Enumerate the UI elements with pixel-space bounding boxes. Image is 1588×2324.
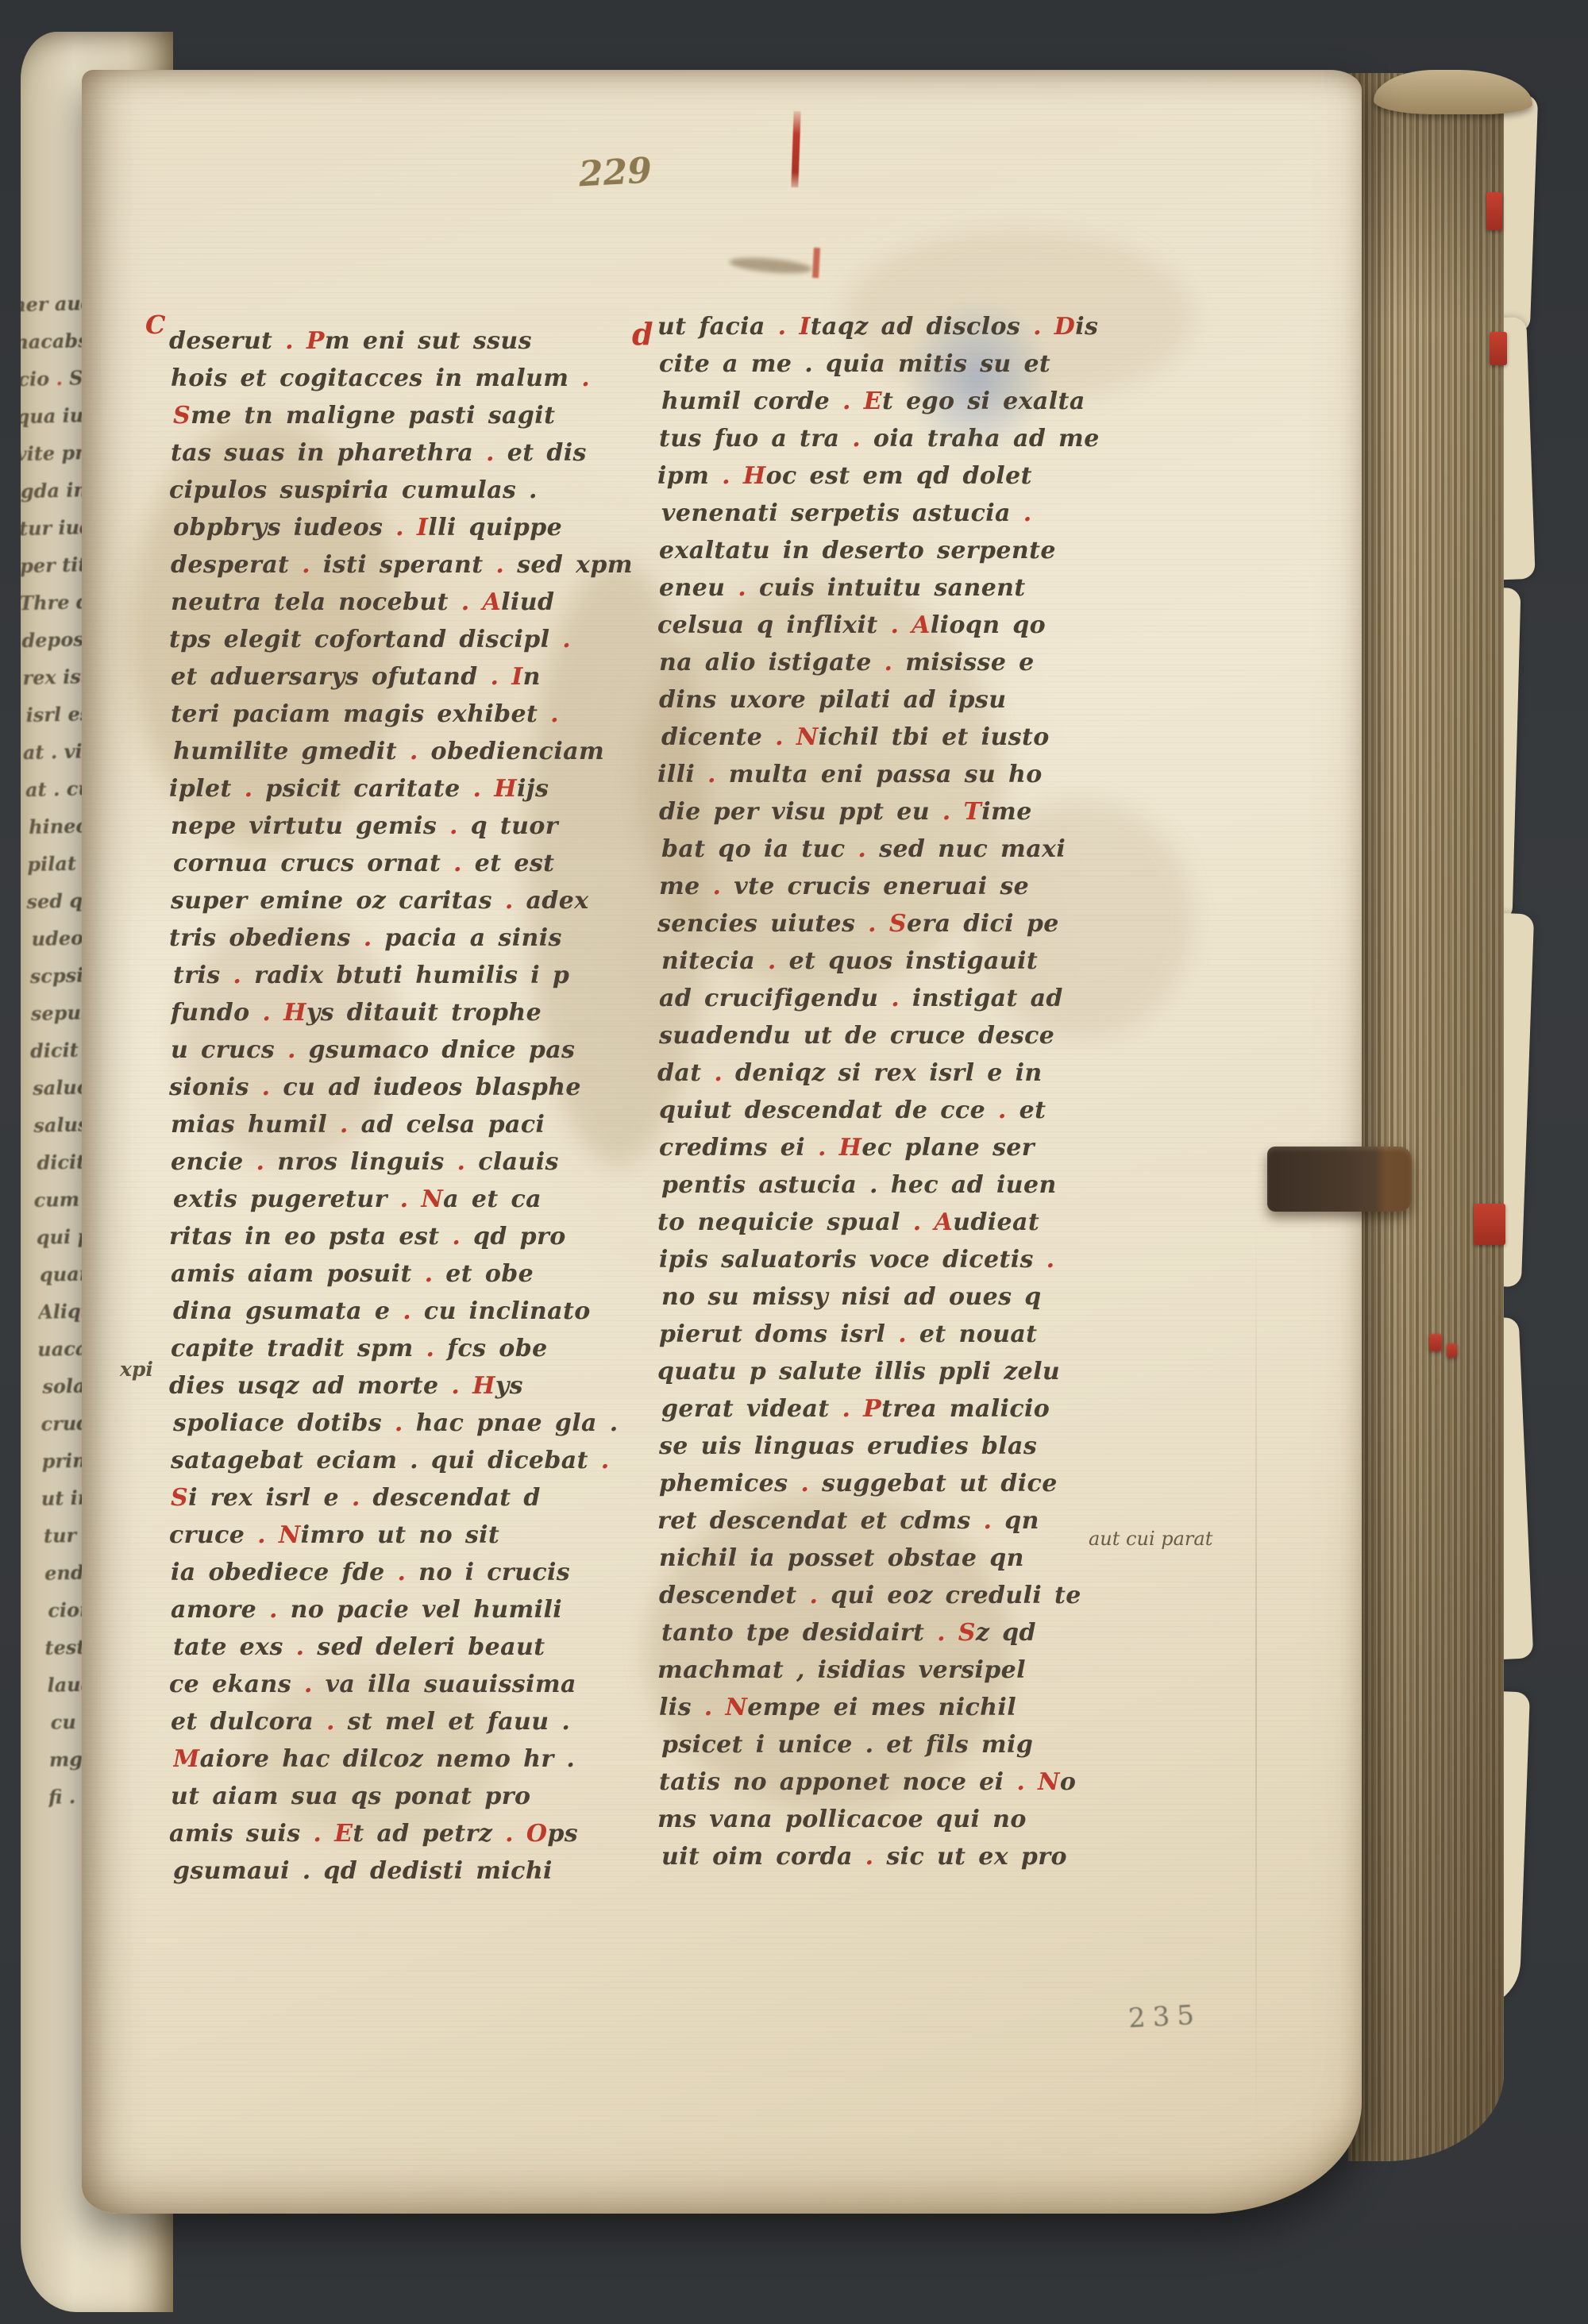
manuscript-line: gerat videat . Ptrea malicio xyxy=(661,1390,1135,1428)
rubric-highlight: . xyxy=(858,835,866,863)
rubric-paragraph-mark-left: C xyxy=(145,310,165,340)
manuscript-line: ret descendat et cdms . qn xyxy=(657,1502,1131,1540)
rubric-highlight: S xyxy=(173,402,191,430)
rubric-highlight: N xyxy=(725,1694,747,1721)
rubric-highlight: . xyxy=(550,700,559,728)
rubric-highlight: . xyxy=(451,1372,460,1400)
red-bookmark-tab xyxy=(1490,332,1507,365)
manuscript-line: illi . multa eni passa su ho xyxy=(657,756,1131,793)
rubric-highlight: . xyxy=(364,924,372,952)
rubric-highlight: . xyxy=(302,551,310,579)
rubric-highlight: P xyxy=(306,327,325,355)
rubric-highlight: . xyxy=(425,1260,434,1288)
rubric-highlight: I xyxy=(799,313,810,341)
rubric-highlight: S xyxy=(889,910,907,938)
rubric-highlight: . xyxy=(395,514,404,541)
ink-smear xyxy=(728,255,812,276)
leather-fore-edge-tab xyxy=(1267,1147,1412,1212)
rubric-stroke xyxy=(791,111,800,187)
manuscript-line: tris obediens . pacia a sinis xyxy=(169,919,631,957)
manuscript-line: tate exs . sed deleri beaut xyxy=(173,1628,635,1666)
rubric-highlight: A xyxy=(482,588,501,616)
rubric-highlight: . xyxy=(712,873,721,900)
manuscript-line: et aduersarys ofutand . In xyxy=(171,658,633,696)
rubric-highlight: . xyxy=(257,1521,266,1549)
rubric-highlight: . xyxy=(490,663,499,691)
rubric-highlight: P xyxy=(863,1395,881,1423)
rubric-highlight: . xyxy=(505,887,514,915)
rubric-highlight: . xyxy=(400,1185,409,1213)
manuscript-line: cruce . Nimro ut no sit xyxy=(169,1517,631,1554)
manuscript-line: venenati serpetis astucia . xyxy=(661,495,1135,532)
rubric-highlight: . xyxy=(352,1484,360,1512)
manuscript-line: super emine oz caritas . adex xyxy=(171,882,633,919)
rubric-highlight: . xyxy=(486,439,495,467)
manuscript-line: quiut descendat de cce . et xyxy=(659,1092,1132,1129)
rubric-highlight: A xyxy=(912,611,931,639)
manuscript-line: cipulos suspiria cumulas . xyxy=(169,472,631,509)
stamp-page-number: 235 xyxy=(1127,1999,1202,2035)
manuscript-line: dicente . Nichil tbi et iusto xyxy=(661,719,1135,756)
rubric-highlight: S xyxy=(171,1484,188,1512)
rubric-highlight: M xyxy=(173,1745,200,1773)
rubric-highlight: . xyxy=(898,1320,907,1348)
rubric-highlight: T xyxy=(964,798,982,826)
left-text-column: deserut . Pm eni sut ssushois et cogitac… xyxy=(171,322,633,1890)
manuscript-line: dina gsumata e . cu inclinato xyxy=(173,1293,635,1330)
manuscript-line: amis suis . Et ad petrz . Ops xyxy=(169,1815,631,1852)
rubric-highlight: . xyxy=(842,387,851,415)
rubric-highlight: . xyxy=(998,1096,1007,1124)
rubric-highlight: . xyxy=(768,947,777,975)
rubric-highlight: . xyxy=(1016,1768,1025,1796)
manuscript-line: suadendu ut de cruce desce xyxy=(659,1017,1132,1054)
manuscript-line: extis pugeretur . Na et ca xyxy=(173,1181,635,1218)
manuscript-line: fundo . Hys ditauit trophe xyxy=(171,994,633,1031)
manuscript-line: pentis astucia . hec ad iuen xyxy=(661,1166,1135,1204)
manuscript-line: u crucs . gsumaco dnice pas xyxy=(171,1031,633,1069)
folio-number-handwritten: 229 xyxy=(578,151,653,195)
red-bookmark-tab xyxy=(1447,1343,1457,1358)
curled-page-corner xyxy=(1374,70,1532,114)
rubric-highlight: . xyxy=(865,1843,874,1871)
manuscript-line: hois et cogitacces in malum . xyxy=(171,360,633,397)
rubric-highlight: N xyxy=(796,723,819,751)
manuscript-line: descendet . qui eoz creduli te xyxy=(659,1577,1132,1614)
rubric-highlight: . xyxy=(313,1820,322,1848)
rubric-highlight: . xyxy=(601,1447,610,1474)
manuscript-line: cornua crucs ornat . et est xyxy=(173,845,635,882)
rubric-highlight: . xyxy=(937,1619,946,1647)
manuscript-line: ipm . Hoc est em qd dolet xyxy=(657,457,1131,495)
rubric-highlight: . xyxy=(304,1671,313,1698)
rubric-highlight: . xyxy=(890,611,899,639)
manuscript-line: amore . no pacie vel humili xyxy=(171,1591,633,1628)
manuscript-line: bat qo ia tuc . sed nuc maxi xyxy=(661,831,1135,868)
manuscript-line: ut aiam sua qs ponat pro xyxy=(171,1778,633,1815)
manuscript-line: die per visu ppt eu . Time xyxy=(659,793,1132,831)
manuscript-line: lis . Nempe ei mes nichil xyxy=(659,1689,1132,1726)
manuscript-line: gsumaui . qd dedisti michi xyxy=(173,1852,635,1890)
rubric-highlight: . xyxy=(473,775,482,803)
rubric-highlight: . xyxy=(704,1694,713,1721)
rubric-highlight: . xyxy=(913,1208,922,1236)
rubric-highlight: . xyxy=(891,985,900,1012)
rubric-highlight: . xyxy=(842,1395,850,1423)
manuscript-line: spoliace dotibs . hac pnae gla . xyxy=(173,1405,635,1442)
rubric-highlight: D xyxy=(1054,313,1075,341)
rubric-highlight: . xyxy=(800,1470,809,1497)
manuscript-line: Maiore hac dilcoz nemo hr . xyxy=(173,1740,635,1778)
red-bookmark-tab xyxy=(1486,192,1502,230)
marginal-note-xpi: xpi xyxy=(120,1358,153,1381)
manuscript-line: to nequicie spual . Audieat xyxy=(657,1204,1131,1241)
right-text-column: ut facia . Itaqz ad disclos . Discite a … xyxy=(659,308,1132,1875)
rubric-highlight: . xyxy=(942,798,951,826)
rubric-highlight: . xyxy=(426,1335,435,1362)
rubric-highlight: A xyxy=(934,1208,953,1236)
rubric-highlight: . xyxy=(287,1036,296,1064)
rubric-highlight: . xyxy=(296,1633,305,1661)
rubric-highlight: . xyxy=(775,723,784,751)
manuscript-line: quatu p salute illis ppli zelu xyxy=(657,1353,1131,1390)
manuscript-line: teri paciam magis exhibet . xyxy=(171,696,633,733)
manuscript-line: me . vte crucis eneruai se xyxy=(659,868,1132,905)
rubric-highlight: . xyxy=(495,551,504,579)
manuscript-line: ut facia . Itaqz ad disclos . Dis xyxy=(657,308,1131,345)
rubric-highlight: H xyxy=(494,775,517,803)
manuscript-line: ipis saluatoris voce dicetis . xyxy=(659,1241,1132,1278)
manuscript-line: mias humil . ad celsa paci xyxy=(171,1106,633,1143)
parchment-crease xyxy=(1255,1221,1257,2134)
rubric-highlight: . xyxy=(868,910,877,938)
rubric-highlight: N xyxy=(1038,1768,1060,1796)
rubric-highlight: . xyxy=(818,1134,827,1162)
manuscript-line: Sme tn maligne pasti sagit xyxy=(173,397,635,434)
manuscript-line: na alio istigate . misisse e xyxy=(659,644,1132,681)
manuscript-line: deserut . Pm eni sut ssus xyxy=(169,322,631,360)
rubric-highlight: . xyxy=(457,1148,466,1176)
rubric-highlight: . xyxy=(1023,499,1032,527)
manuscript-line: ritas in eo psta est . qd pro xyxy=(169,1218,631,1255)
rubric-highlight: . xyxy=(245,775,253,803)
manuscript-line: humilite gmedit . obedienciam xyxy=(173,733,635,770)
rubric-highlight: . xyxy=(984,1507,992,1535)
rubric-highlight: . xyxy=(852,425,861,453)
rubric-highlight: O xyxy=(526,1820,548,1848)
manuscript-line: phemices . suggebat ut dice xyxy=(659,1465,1132,1502)
rubric-highlight: E xyxy=(864,387,882,415)
rubric-highlight: S xyxy=(958,1619,976,1647)
manuscript-line: dat . deniqz si rex isrl e in xyxy=(657,1054,1131,1092)
manuscript-line: no su missy nisi ad oues q xyxy=(661,1278,1135,1316)
rubric-highlight: . xyxy=(714,1059,723,1087)
manuscript-line: iplet . psicit caritate . Hijs xyxy=(169,770,631,807)
rubric-highlight: . xyxy=(410,738,418,765)
fore-edge-page-stack xyxy=(1348,73,1504,2161)
manuscript-line: ad crucifigendu . instigat ad xyxy=(659,980,1132,1017)
manuscript-line: cite a me . quia mitis su et xyxy=(659,345,1132,383)
rubric-highlight: . xyxy=(809,1582,818,1609)
manuscript-line: tus fuo a tra . oia traha ad me xyxy=(659,420,1132,457)
rubric-highlight: I xyxy=(417,514,428,541)
rubric-highlight: . xyxy=(395,1409,403,1437)
rubric-highlight: . xyxy=(452,1223,461,1251)
rubric-highlight: . xyxy=(581,364,590,392)
rubric-highlight: . xyxy=(233,962,241,989)
marginal-note-aut-cui-parat: aut cui parat xyxy=(1089,1528,1212,1550)
rubric-highlight: . xyxy=(262,999,271,1027)
manuscript-line: ms vana pollicacoe qui no xyxy=(657,1801,1131,1838)
rubric-paragraph-mark-right: d xyxy=(632,316,653,352)
rubric-highlight: . xyxy=(397,1559,406,1586)
manuscript-line: eneu . cuis intuitu sanent xyxy=(659,569,1132,607)
manuscript-line: nepe virtutu gemis . q tuor xyxy=(171,807,633,845)
manuscript-line: capite tradit spm . fcs obe xyxy=(171,1330,633,1367)
rubric-highlight: H xyxy=(472,1372,495,1400)
manuscript-line: pierut doms isrl . et nouat xyxy=(659,1316,1132,1353)
red-bookmark-tab xyxy=(1474,1204,1505,1245)
manuscript-line: Si rex isrl e . descendat d xyxy=(171,1479,633,1517)
manuscript-line: uit oim corda . sic ut ex pro xyxy=(661,1838,1135,1875)
manuscript-line: neutra tela nocebut . Aliud xyxy=(171,584,633,621)
rubric-highlight: . xyxy=(449,812,458,840)
rubric-highlight: . xyxy=(453,850,462,877)
manuscript-line: nitecia . et quos instigauit xyxy=(661,942,1135,980)
rubric-highlight: I xyxy=(511,663,522,691)
rubric-highlight: . xyxy=(722,462,730,490)
rubric-highlight: . xyxy=(403,1297,411,1325)
rubric-highlight: . xyxy=(885,649,893,676)
manuscript-line: obpbrys iudeos . Illi quippe xyxy=(173,509,635,546)
manuscript-line: ce ekans . va illa suauissima xyxy=(169,1666,631,1703)
rubric-highlight: . xyxy=(778,313,787,341)
rubric-highlight: H xyxy=(743,462,766,490)
manuscript-line: sionis . cu ad iudeos blasphe xyxy=(169,1069,631,1106)
red-bookmark-tab xyxy=(1429,1334,1442,1351)
rubric-highlight: E xyxy=(334,1820,353,1848)
rubric-highlight: . xyxy=(707,761,716,788)
manuscript-line: satagebat eciam . qui dicebat . xyxy=(171,1442,633,1479)
photograph-background: ner audi . qz nonacabs debebatcio . Si i… xyxy=(0,0,1588,2324)
manuscript-page: 229 C d deserut . Pm eni sut ssushois et… xyxy=(82,70,1362,2214)
manuscript-line: se uis linguas erudies blas xyxy=(659,1428,1132,1465)
rubric-highlight: . xyxy=(505,1820,514,1848)
rubric-highlight: H xyxy=(839,1134,862,1162)
rubric-highlight: . xyxy=(738,574,746,602)
red-ink-tick xyxy=(812,248,820,278)
manuscript-line: tatis no apponet noce ei . No xyxy=(659,1763,1132,1801)
rubric-highlight: . xyxy=(1033,313,1042,341)
manuscript-line: humil corde . Et ego si exalta xyxy=(661,383,1135,420)
rubric-highlight: N xyxy=(421,1185,443,1213)
manuscript-line: nichil ia posset obstae qn xyxy=(659,1540,1132,1577)
rubric-highlight: H xyxy=(283,999,306,1027)
manuscript-line: dies usqz ad morte . Hys xyxy=(169,1367,631,1405)
manuscript-line: et dulcora . st mel et fauu . xyxy=(171,1703,633,1740)
rubric-highlight: . xyxy=(326,1708,335,1736)
manuscript-line: sencies uiutes . Sera dici pe xyxy=(657,905,1131,942)
manuscript-line: machmat , isidias versipel xyxy=(657,1651,1131,1689)
rubric-highlight: . xyxy=(56,367,63,390)
manuscript-line: tris . radix btuti humilis i p xyxy=(173,957,635,994)
rubric-highlight: . xyxy=(562,626,571,653)
rubric-highlight: . xyxy=(256,1148,265,1176)
rubric-highlight: N xyxy=(279,1521,301,1549)
manuscript-line: dins uxore pilati ad ipsu xyxy=(659,681,1132,719)
manuscript-line: encie . nros linguis . clauis xyxy=(171,1143,633,1181)
manuscript-line: tanto tpe desidairt . Sz qd xyxy=(661,1614,1135,1651)
manuscript-line: exaltatu in deserto serpente xyxy=(659,532,1132,569)
rubric-highlight: . xyxy=(285,327,294,355)
manuscript-line: ia obediece fde . no i crucis xyxy=(171,1554,633,1591)
manuscript-line: credims ei . Hec plane ser xyxy=(659,1129,1132,1166)
rubric-highlight: . xyxy=(262,1073,271,1101)
rubric-highlight: . xyxy=(269,1596,278,1624)
manuscript-line: amis aiam posuit . et obe xyxy=(171,1255,633,1293)
rubric-highlight: . xyxy=(340,1111,349,1139)
manuscript-line: tas suas in pharethra . et dis xyxy=(171,434,633,472)
rubric-highlight: . xyxy=(1046,1246,1055,1274)
manuscript-line: desperat . isti sperant . sed xpm xyxy=(171,546,633,584)
manuscript-line: celsua q inflixit . Alioqn qo xyxy=(657,607,1131,644)
rubric-highlight: . xyxy=(461,588,470,616)
manuscript-line: psicet i unice . et fils mig xyxy=(661,1726,1135,1763)
manuscript-line: tps elegit cofortand discipl . xyxy=(169,621,631,658)
